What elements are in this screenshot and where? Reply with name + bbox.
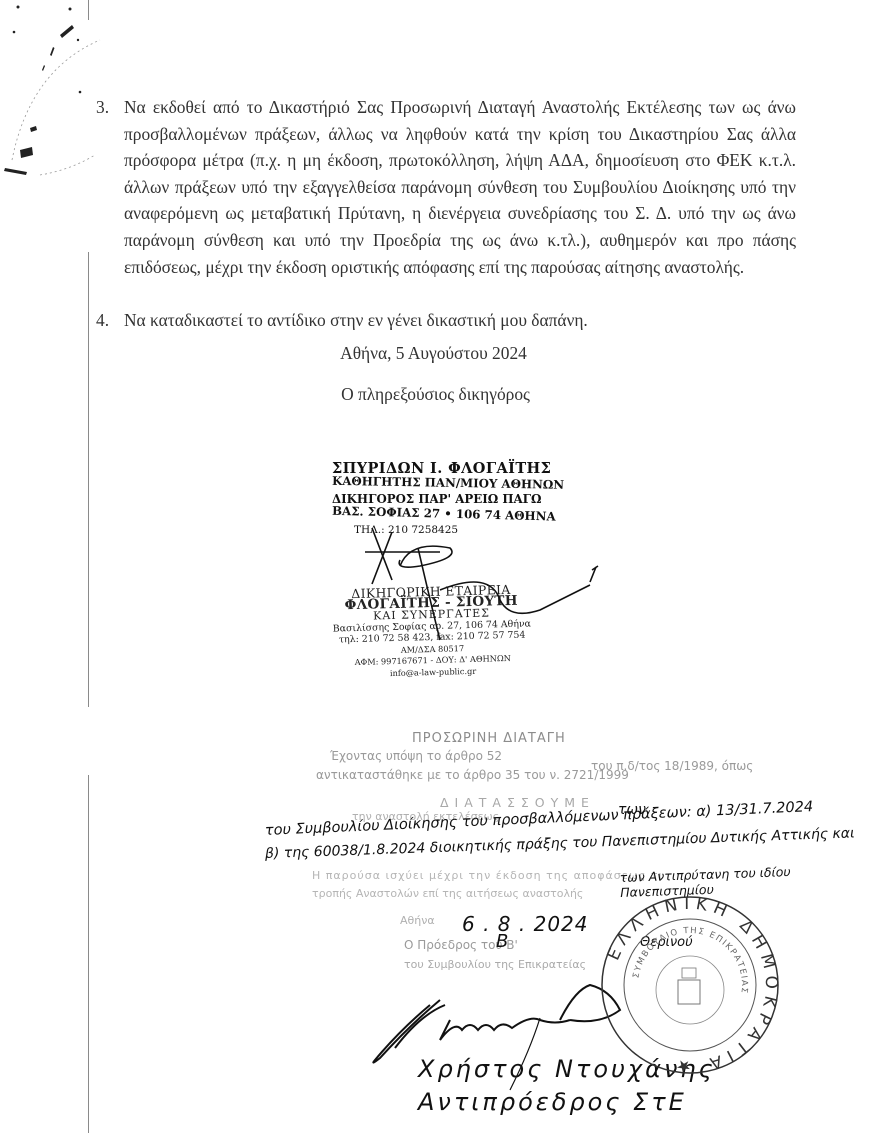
attorney-label: Ο πληρεξούσιος δικηγόρος [0,384,877,405]
item-text: Να εκδοθεί από το Δικαστήριό Σας Προσωρι… [124,94,796,280]
court-order-line: τροπής Αναστολών επί της αιτήσεως αναστο… [312,887,583,900]
court-order-line: Η παρούσα ισχύει μέχρι την έκδοση της απ… [312,869,663,882]
court-order-line: Έχοντας υπόψη το άρθρο 52 [330,749,502,763]
firm-stamp: ΔΙΚΗΓΟΡΙΚΗ ΕΤΑΙΡΕΙΑ ΦΛΟΓΑΪΤΗΣ - ΣΙΟΥΤΗ Κ… [311,583,553,681]
court-order-title: ΠΡΟΣΩΡΙΝΗ ΔΙΑΤΑΓΗ [412,731,566,746]
svg-text:ΕΛΛΗΝΙΚΗ ΔΗΜΟΚΡΑΤΙΑ ★: ΕΛΛΗΝΙΚΗ ΔΗΜΟΚΡΑΤΙΑ ★ [604,894,781,1077]
item-text: Να καταδικαστεί το αντίδικο στην εν γένε… [124,307,796,334]
court-order-council: του Συμβουλίου της Επικρατείας [404,958,586,971]
handwritten-date: 6 . 8 . 2024 [462,912,589,936]
item-number: 3. [96,94,118,121]
court-order-line: αντικαταστάθηκε με το άρθρο 35 του ν. 27… [316,768,629,782]
signer-role: Αντιπρόεδρος ΣτΕ [418,1088,687,1116]
margin-line [88,775,89,1133]
court-order-place: Αθήνα [400,914,435,927]
handwritten-text: των Αντιπρύτανη του ιδίου Πανεπιστημίου [619,861,883,900]
list-item-3: 3. Να εκδοθεί από το Δικαστήριό Σας Προσ… [96,94,796,280]
state-seal-icon: ΕΛΛΗΝΙΚΗ ΔΗΜΟΚΡΑΤΙΑ ★ ΣΥΜΒΟΥΛΙΟ ΤΗΣ ΕΠΙΚ… [602,894,781,1077]
place-date: Αθήνα, 5 Αυγούστου 2024 [0,343,875,364]
list-item-4: 4. Να καταδικαστεί το αντίδικο στην εν γ… [96,307,796,334]
margin-line [88,252,89,707]
item-number: 4. [96,307,118,334]
lawyer-stamp: ΣΠΥΡΙΔΩΝ Ι. ΦΛΟΓΑΪΤΗΣ ΚΑΘΗΓΗΤΗΣ ΠΑΝ/ΜΙΟΥ… [332,461,582,538]
court-order-heading: ΔΙΑΤΑΣΣΟΥΜΕ [440,795,595,810]
signer-name: Χρήστος Ντουχάνης [418,1055,716,1083]
stamp-line: ΤΗΛ.: 210 7258425 [332,523,582,538]
handwritten-section: Β [496,931,508,952]
handwritten-session: Θερινού [640,935,693,950]
